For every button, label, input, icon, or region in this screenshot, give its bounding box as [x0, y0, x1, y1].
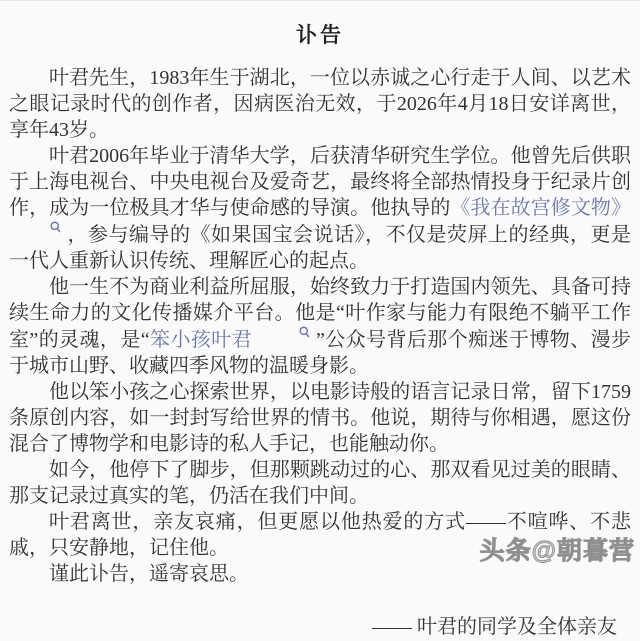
text-run: 他以笨小孩之心探索世界，以电影诗般的语言记录日常，留下1759条原创内容，如一封… [9, 381, 631, 455]
entity-link[interactable]: 《我在故宫修文物》 [450, 197, 631, 219]
paragraph: 他以笨小孩之心探索世界，以电影诗般的语言记录日常，留下1759条原创内容，如一封… [9, 379, 631, 457]
paragraph: 如今，他停下了脚步，但那颗跳动过的心、那双看见过美的眼睛、那支记录过真实的笔，仍… [9, 457, 631, 509]
paragraph: 他一生不为商业利益所屈服，始终致力于打造国内领先、具备可持续生命力的文化传播媒介… [9, 274, 631, 379]
paragraph: 叶君离世，亲友哀痛，但更愿以他热爱的方式——不喧哗、不悲戚，只安静地，记住他。 [9, 509, 631, 561]
search-icon[interactable] [259, 326, 310, 339]
text-run: 如今，他停下了脚步，但那颗跳动过的心、那双看见过美的眼睛、那支记录过真实的笔，仍… [9, 459, 631, 507]
entity-link[interactable]: 笨小孩叶君 [150, 329, 252, 351]
text-run: 叶君离世，亲友哀痛，但更愿以他热爱的方式——不喧哗、不悲戚，只安静地，记住他。 [9, 511, 631, 559]
paragraph: 叶君先生，1983年生于湖北，一位以赤诚之心行走于人间、以艺术之眼记录时代的创作… [9, 65, 631, 143]
obituary-body: 叶君先生，1983年生于湖北，一位以赤诚之心行走于人间、以艺术之眼记录时代的创作… [9, 65, 631, 570]
paragraph: 谨此讣告，遥寄哀思。 [9, 561, 631, 570]
page-title: 讣告 [9, 19, 631, 49]
text-run: 叶君先生，1983年生于湖北，一位以赤诚之心行走于人间、以艺术之眼记录时代的创作… [9, 67, 631, 141]
obituary-page: 讣告 叶君先生，1983年生于湖北，一位以赤诚之心行走于人间、以艺术之眼记录时代… [0, 0, 640, 570]
paragraph: 叶君2006年毕业于清华大学，后获清华研究生学位。他曾先后供职于上海电视台、中央… [9, 143, 631, 274]
text-run: 谨此讣告，遥寄哀思。 [49, 563, 249, 570]
search-icon[interactable] [10, 221, 61, 234]
text-run: ，参与编导的《如果国宝会说话》，不仅是荧屏上的经典，更是一代人重新认识传统、理解… [9, 224, 631, 272]
